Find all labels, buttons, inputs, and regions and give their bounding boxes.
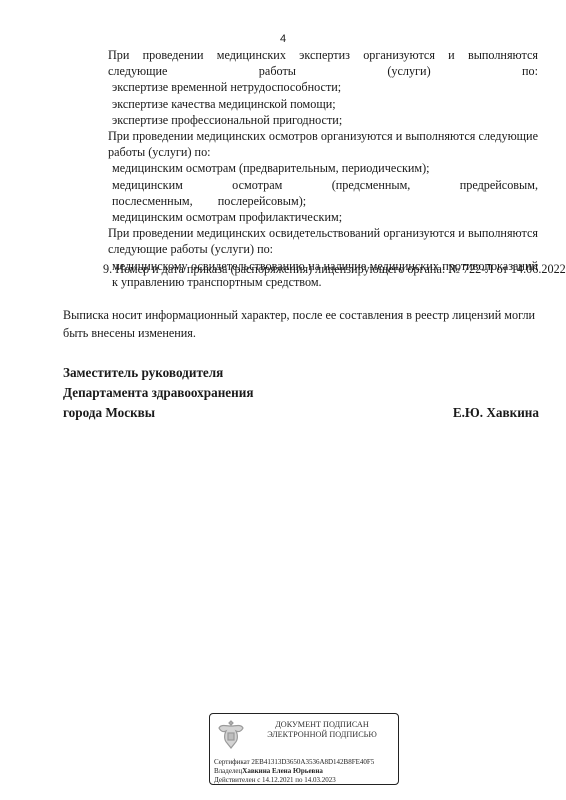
electronic-signature-stamp: ДОКУМЕНТ ПОДПИСАН ЭЛЕКТРОННОЙ ПОДПИСЬЮ С…: [209, 713, 399, 785]
list-item: экспертизе временной нетрудоспособности;: [108, 79, 538, 95]
validity-row: Действителен с 14.12.2021 по 14.03.2023: [214, 776, 336, 784]
signer-name: Е.Ю. Хавкина: [453, 403, 539, 423]
coat-of-arms-icon: [216, 718, 246, 752]
section-intro-examinations: При проведении медицинских осмотров орга…: [108, 128, 538, 160]
services-list: При проведении медицинских экспертиз орг…: [108, 47, 538, 290]
stamp-title: ДОКУМЕНТ ПОДПИСАН ЭЛЕКТРОННОЙ ПОДПИСЬЮ: [252, 720, 392, 740]
list-item: медицинским осмотрам (предварительным, п…: [108, 160, 538, 176]
list-item: медицинским осмотрам профилактическим;: [108, 209, 538, 225]
list-item: экспертизе качества медицинской помощи;: [108, 96, 538, 112]
list-item: экспертизе профессиональной пригодности;: [108, 112, 538, 128]
section-intro-certifications: При проведении медицинских освидетельств…: [108, 225, 538, 257]
certificate-row: Сертификат 2EB41313D3650A3536A8D142B8FE4…: [214, 758, 374, 766]
certificate-number: 2EB41313D3650A3536A8D142B8FE40F5: [251, 758, 374, 766]
owner-name: Хавкина Елена Юрьевна: [242, 767, 323, 775]
owner-row: ВладелецХавкина Елена Юрьевна: [214, 767, 323, 775]
signature-block: Заместитель руководителя Департамента зд…: [63, 363, 539, 423]
signer-position-line: Заместитель руководителя: [63, 363, 539, 383]
section-intro-expertise: При проведении медицинских экспертиз орг…: [108, 47, 538, 79]
list-item: медицинским осмотрам (предсменным, предр…: [108, 177, 538, 209]
disclaimer-note: Выписка носит информационный характер, п…: [63, 306, 543, 342]
page-number: 4: [0, 33, 566, 45]
signer-position-line: Департамента здравоохранения: [63, 383, 539, 403]
license-order-line: 9. Номер и дата приказа (распоряжения) л…: [103, 262, 553, 277]
